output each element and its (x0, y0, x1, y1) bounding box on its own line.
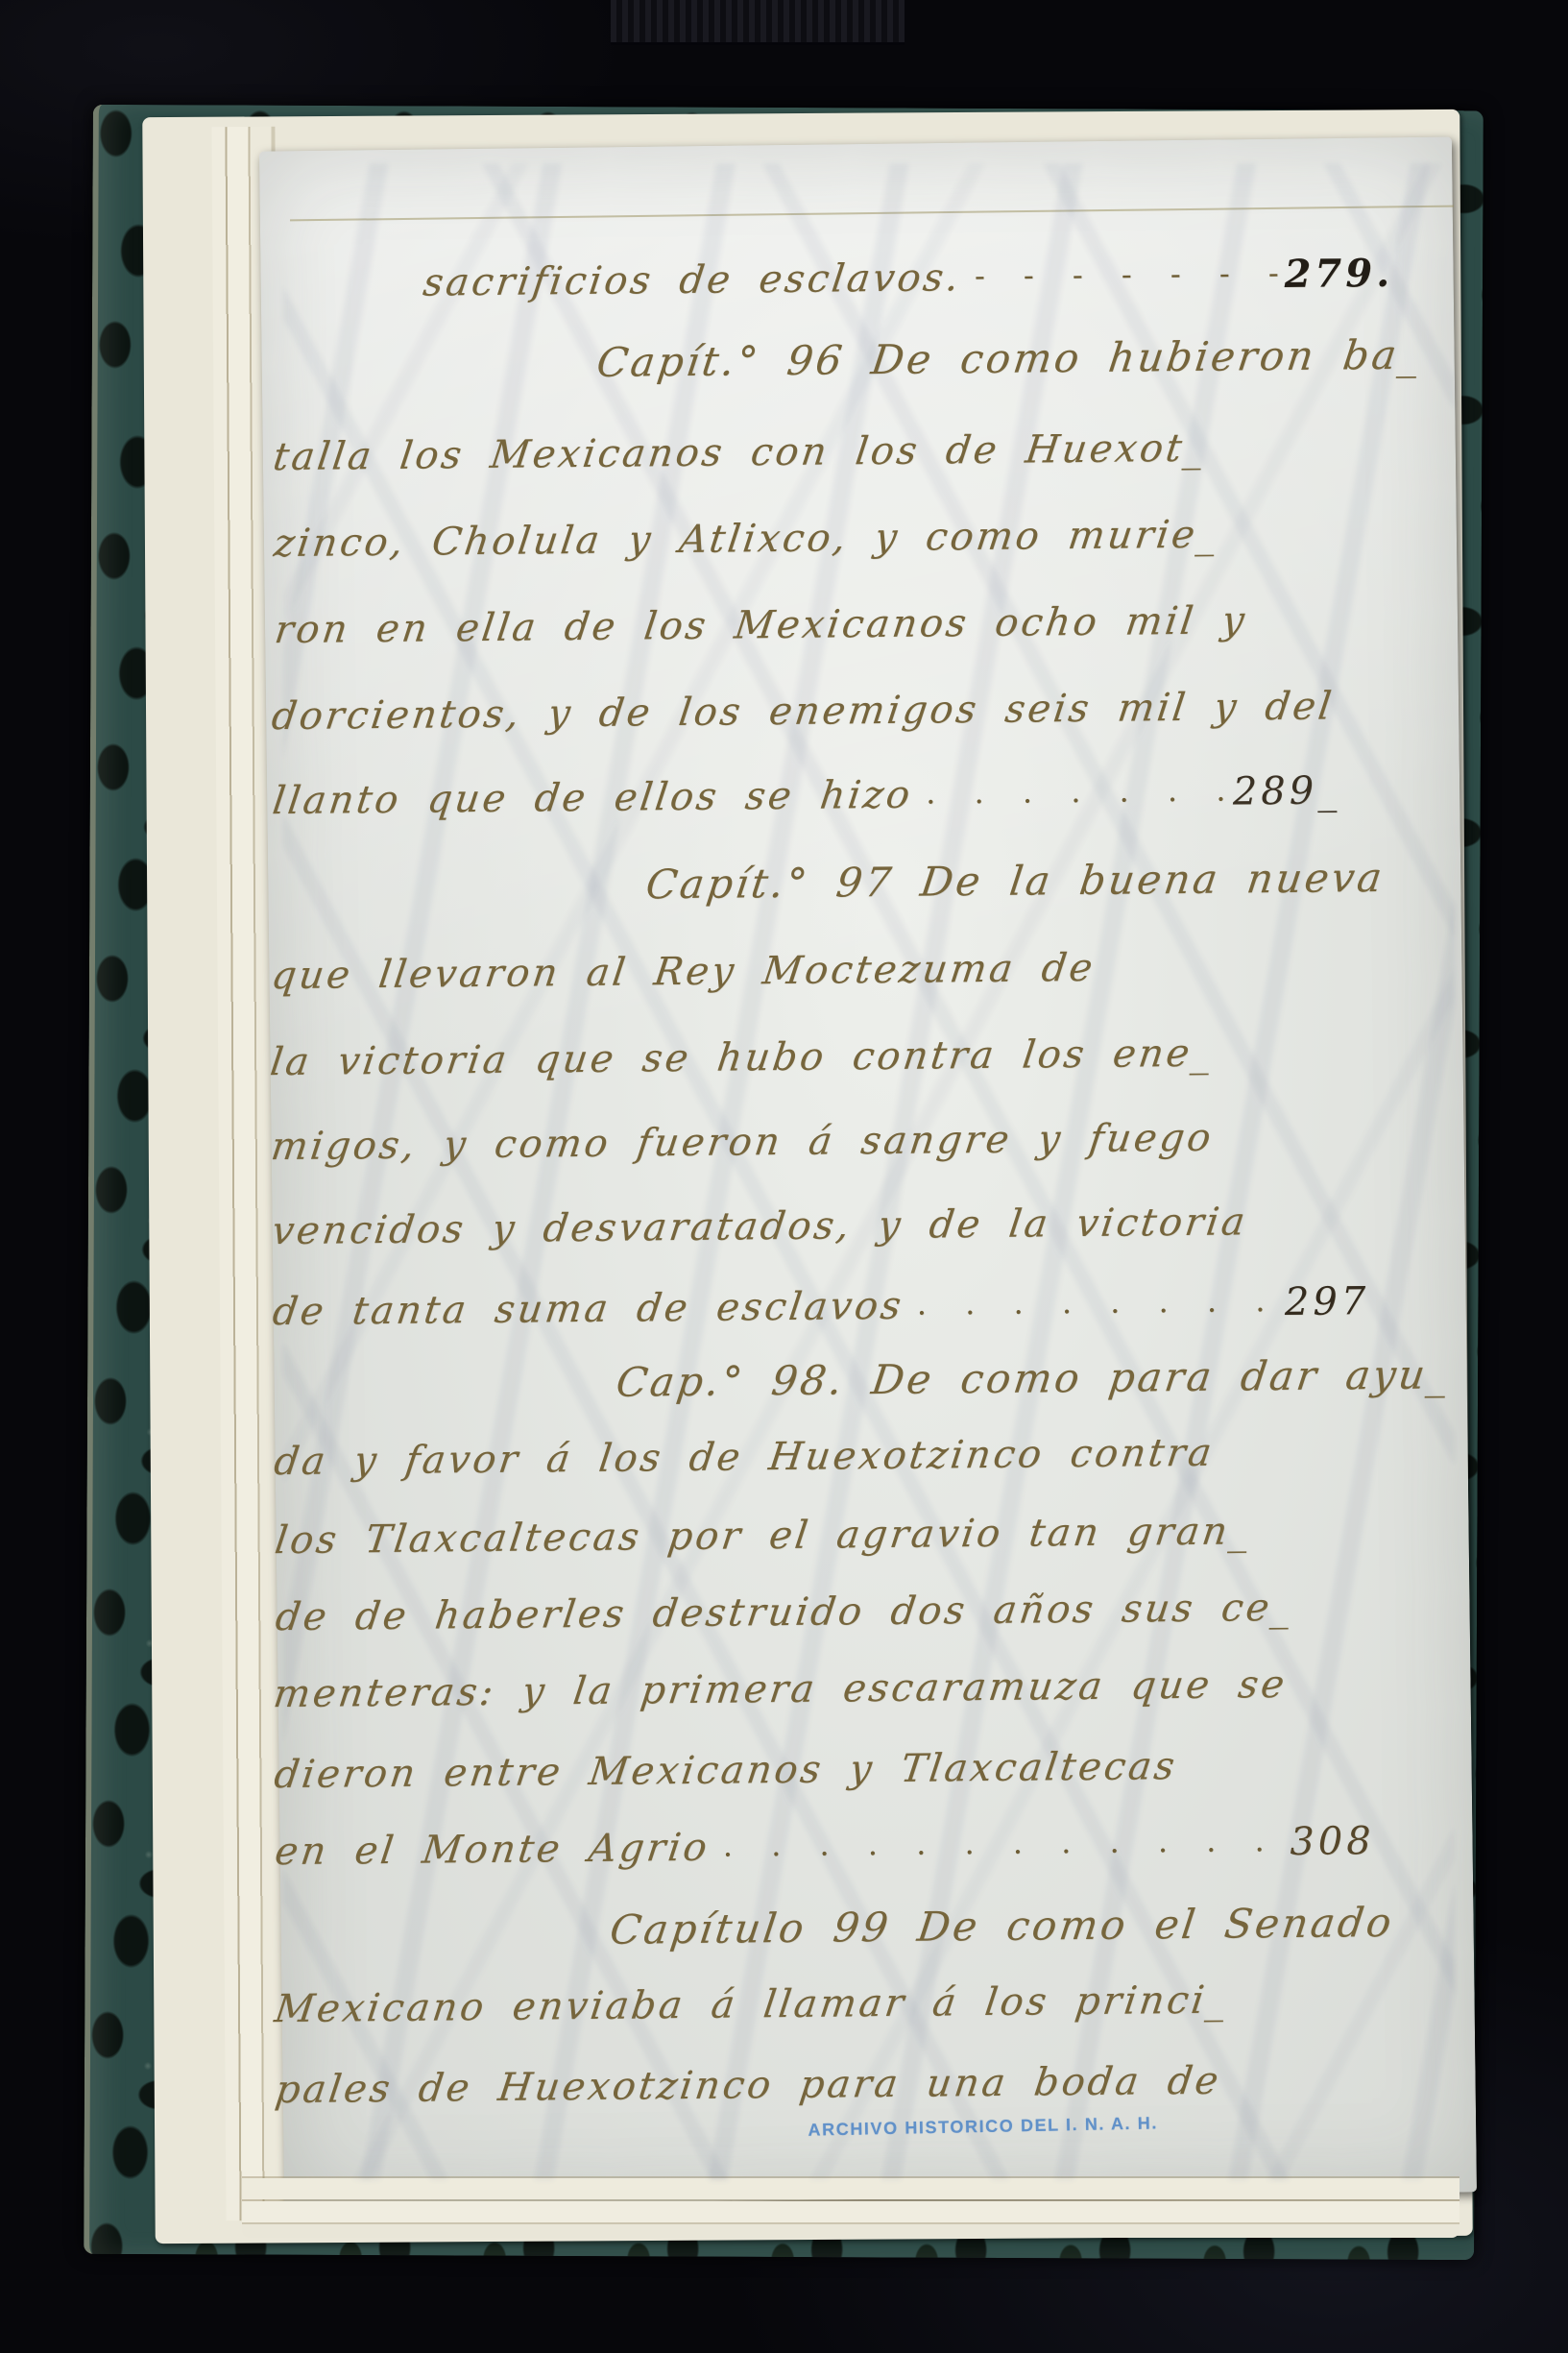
toc-entry-line: da y favor á los de Huexotzinco contra (275, 1431, 1215, 1484)
line-text: sacrificios de esclavos. (421, 255, 964, 304)
line-text: Capít.° 96 De como hubieron ba_ (594, 332, 1425, 387)
toc-entry-line: llanto que de ellos se hizo . . . . . . … (273, 768, 1340, 823)
toc-entry-line: dieron entre Mexicanos y Tlaxcaltecas (275, 1744, 1177, 1797)
chapter-99-heading: Capítulo 99 De como el Senado (610, 1900, 1393, 1953)
toc-entry-line: en el Monte Agrio . . . . . . . . . . . … (276, 1819, 1375, 1874)
line-text: de tanta suma de esclavos (270, 1284, 906, 1334)
toc-entry-line: talla los Mexicanos con los de Huexot_ (274, 426, 1207, 479)
line-text: Capítulo 99 De como el Senado (607, 1900, 1396, 1953)
dot-leader: - - - - - - - - - - - - - - - (961, 255, 1285, 294)
line-text: ron en ella de los Mexicanos ocho mil y (273, 598, 1250, 652)
toc-entry-line: menteras: y la primera escaramuza que se (274, 1662, 1287, 1716)
toc-entry-line: la victoria que se hubo contra los ene_ (271, 1031, 1215, 1084)
dot-leader: . . . . . . . (912, 772, 1233, 811)
chapter-98-heading: Cap.° 98. De como para dar ayu_ (616, 1351, 1451, 1406)
line-text: en el Monte Agrio (273, 1826, 712, 1874)
toc-entry-line: pales de Huexotzinco para una boda de (276, 2059, 1221, 2112)
line-text: migos, y como fueron á sangre y fuego (269, 1116, 1217, 1169)
toc-entry-line: los Tlaxcaltecas por el agravio tan gran… (275, 1509, 1252, 1563)
chapter-97-heading: Capít.° 97 De la buena nueva (646, 855, 1385, 909)
line-text: la victoria que se hubo contra los ene_ (268, 1031, 1218, 1084)
line-text: talla los Mexicanos con los de Huexot_ (271, 426, 1210, 479)
line-text: zinco, Cholula y Atlixco, y como murie_ (272, 513, 1222, 567)
page-number: 308 (1290, 1819, 1375, 1864)
line-text: que llevaron al Rey Moctezuma de (269, 946, 1098, 998)
toc-entry-line: vencidos y desvaratados, y de la victori… (272, 1200, 1247, 1253)
line-text: Capít.° 97 De la buena nueva (643, 855, 1387, 909)
page-number: 279. (1284, 252, 1393, 297)
line-text: vencidos y desvaratados, y de la victori… (270, 1200, 1251, 1253)
toc-entry-line: de tanta suma de esclavos . . . . . . . … (273, 1279, 1369, 1334)
page-number: 289_ (1233, 768, 1341, 813)
dot-leader: . . . . . . . . . . . . . (710, 1823, 1291, 1864)
toc-entry-line: de de haberles destruido dos años sus ce… (276, 1586, 1294, 1639)
toc-entry-line: sacrificios de esclavos. - - - - - - - -… (423, 252, 1393, 305)
handwritten-text-layer: sacrificios de esclavos. - - - - - - - -… (0, 0, 1568, 2353)
toc-entry-line: dorcientos, y de los enemigos seis mil y… (272, 684, 1334, 739)
line-text: dieron entre Mexicanos y Tlaxcaltecas (272, 1744, 1180, 1797)
line-text: pales de Huexotzinco para una boda de (273, 2059, 1223, 2113)
line-text: de de haberles destruido dos años sus ce… (273, 1586, 1296, 1639)
line-text: dorcientos, y de los enemigos seis mil y… (269, 684, 1337, 739)
toc-entry-line: ron en ella de los Mexicanos ocho mil y (275, 598, 1246, 652)
chapter-96-heading: Capít.° 96 De como hubieron ba_ (597, 332, 1422, 387)
line-text: llanto que de ellos se hizo (270, 773, 915, 823)
toc-entry-line: Mexicano enviaba á llamar á los princi_ (275, 1978, 1229, 2032)
line-text: Cap.° 98. De como para dar ayu_ (614, 1351, 1454, 1406)
archive-stamp: ARCHIVO HISTORICO DEL I. N. A. H. (808, 2113, 1158, 2140)
toc-entry-line: que llevaron al Rey Moctezuma de (272, 946, 1096, 998)
toc-entry-line: zinco, Cholula y Atlixco, y como murie_ (274, 513, 1219, 566)
photograph-of-manuscript: { "manuscript": { "background_color": "#… (0, 0, 1568, 2353)
line-text: menteras: y la primera escaramuza que se (271, 1662, 1290, 1716)
toc-entry-line: migos, y como fueron á sangre y fuego (271, 1116, 1213, 1169)
dot-leader: . . . . . . . . (904, 1283, 1285, 1322)
line-text: da y favor á los de Huexotzinco contra (272, 1431, 1217, 1484)
line-text: los Tlaxcaltecas por el agravio tan gran… (273, 1509, 1255, 1563)
page-number: 297 (1285, 1279, 1370, 1324)
line-text: Mexicano enviaba á llamar á los princi_ (272, 1978, 1231, 2032)
